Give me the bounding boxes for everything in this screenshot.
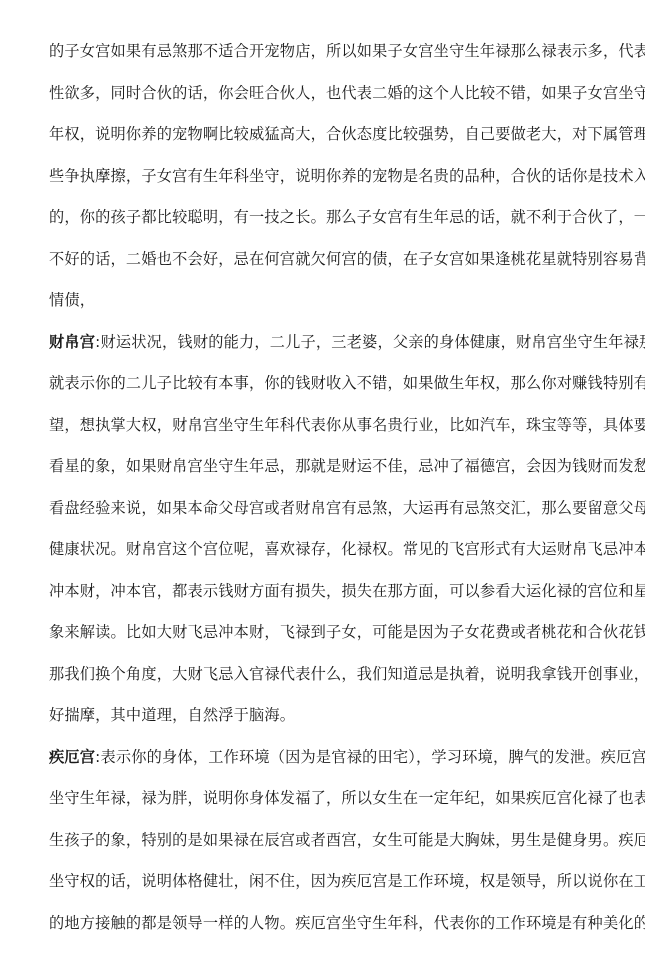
text-line: 看盘经验来说，如果本命父母宫或者财帛宫有忌煞，大运再有忌煞交汇，那么要留意父母的 <box>49 488 609 530</box>
text-line: 些争执摩擦，子女宫有生年科坐守，说明你养的宠物是名贵的品种，合伙的话你是技术入伙 <box>49 156 609 198</box>
text-line: 情债， <box>49 280 609 322</box>
text-line: 的地方接触的都是领导一样的人物。疾厄宫坐守生年科，代表你的工作环境是有种美化的感 <box>49 903 609 945</box>
text-line: 那我们换个角度，大财飞忌入官禄代表什么，我们知道忌是执着，说明我拿钱开创事业，好 <box>49 654 609 696</box>
text-line: 看星的象，如果财帛宫坐守生年忌，那就是财运不佳，忌冲了福德宫，会因为钱财而发愁。 <box>49 446 609 488</box>
text-line: 的，你的孩子都比较聪明，有一技之长。那么子女宫有生年忌的话，就不利于合伙了，一婚 <box>49 197 609 239</box>
section-line-jie: 疾厄宫:表示你的身体，工作环境（因为是官禄的田宅），学习环境，脾气的发泄。疾厄宫 <box>49 737 609 779</box>
text-line: 好揣摩，其中道理，自然浮于脑海。 <box>49 695 609 737</box>
section-line-caibo: 财帛宫:财运状况，钱财的能力，二儿子，三老婆，父亲的身体健康，财帛宫坐守生年禄那 <box>49 322 609 364</box>
text-line: 不好的话，二婚也不会好，忌在何宫就欠何宫的债，在子女宫如果逢桃花星就特别容易背负 <box>49 239 609 281</box>
text-line: 就表示你的二儿子比较有本事，你的钱财收入不错，如果做生年权，那么你对赚钱特别有欲 <box>49 363 609 405</box>
text-line: 生孩子的象，特别的是如果禄在辰宫或者酉宫，女生可能是大胸妹，男生是健身男。疾厄宫 <box>49 820 609 862</box>
text-line: 坐守生年禄，禄为胖，说明你身体发福了，所以女生在一定年纪，如果疾厄宫化禄了也表示 <box>49 778 609 820</box>
text-line: 的子女宫如果有忌煞那不适合开宠物店，所以如果子女宫坐守生年禄那么禄表示多，代表你 <box>49 31 609 73</box>
section-text: :财运状况，钱财的能力，二儿子，三老婆，父亲的身体健康，财帛宫坐守生年禄那 <box>95 333 645 351</box>
text-line: 望，想执掌大权，财帛宫坐守生年科代表你从事名贵行业，比如汽车，珠宝等等，具体要参 <box>49 405 609 447</box>
text-line: 象来解读。比如大财飞忌冲本财，飞禄到子女，可能是因为子女花费或者桃花和合伙花钱。 <box>49 612 609 654</box>
section-text: :表示你的身体，工作环境（因为是官禄的田宅），学习环境，脾气的发泄。疾厄宫 <box>95 748 645 766</box>
section-heading: 财帛宫 <box>49 333 95 351</box>
text-line: 年权，说明你养的宠物啊比较威猛高大，合伙态度比较强势，自己要做老大，对下属管理有 <box>49 114 609 156</box>
text-line: 冲本财，冲本官，都表示钱财方面有损失，损失在那方面，可以参看大运化禄的宫位和星的 <box>49 571 609 613</box>
section-heading: 疾厄宫 <box>49 748 95 766</box>
text-line: 坐守权的话，说明体格健壮，闲不住，因为疾厄宫是工作环境，权是领导，所以说你在工作 <box>49 861 609 903</box>
text-line: 健康状况。财帛宫这个宫位呢，喜欢禄存，化禄权。常见的飞宫形式有大运财帛飞忌冲本命… <box>49 529 609 571</box>
document-page: 的子女宫如果有忌煞那不适合开宠物店，所以如果子女宫坐守生年禄那么禄表示多，代表你… <box>49 31 609 944</box>
text-line: 性欲多，同时合伙的话，你会旺合伙人，也代表二婚的这个人比较不错，如果子女宫坐守生 <box>49 73 609 115</box>
